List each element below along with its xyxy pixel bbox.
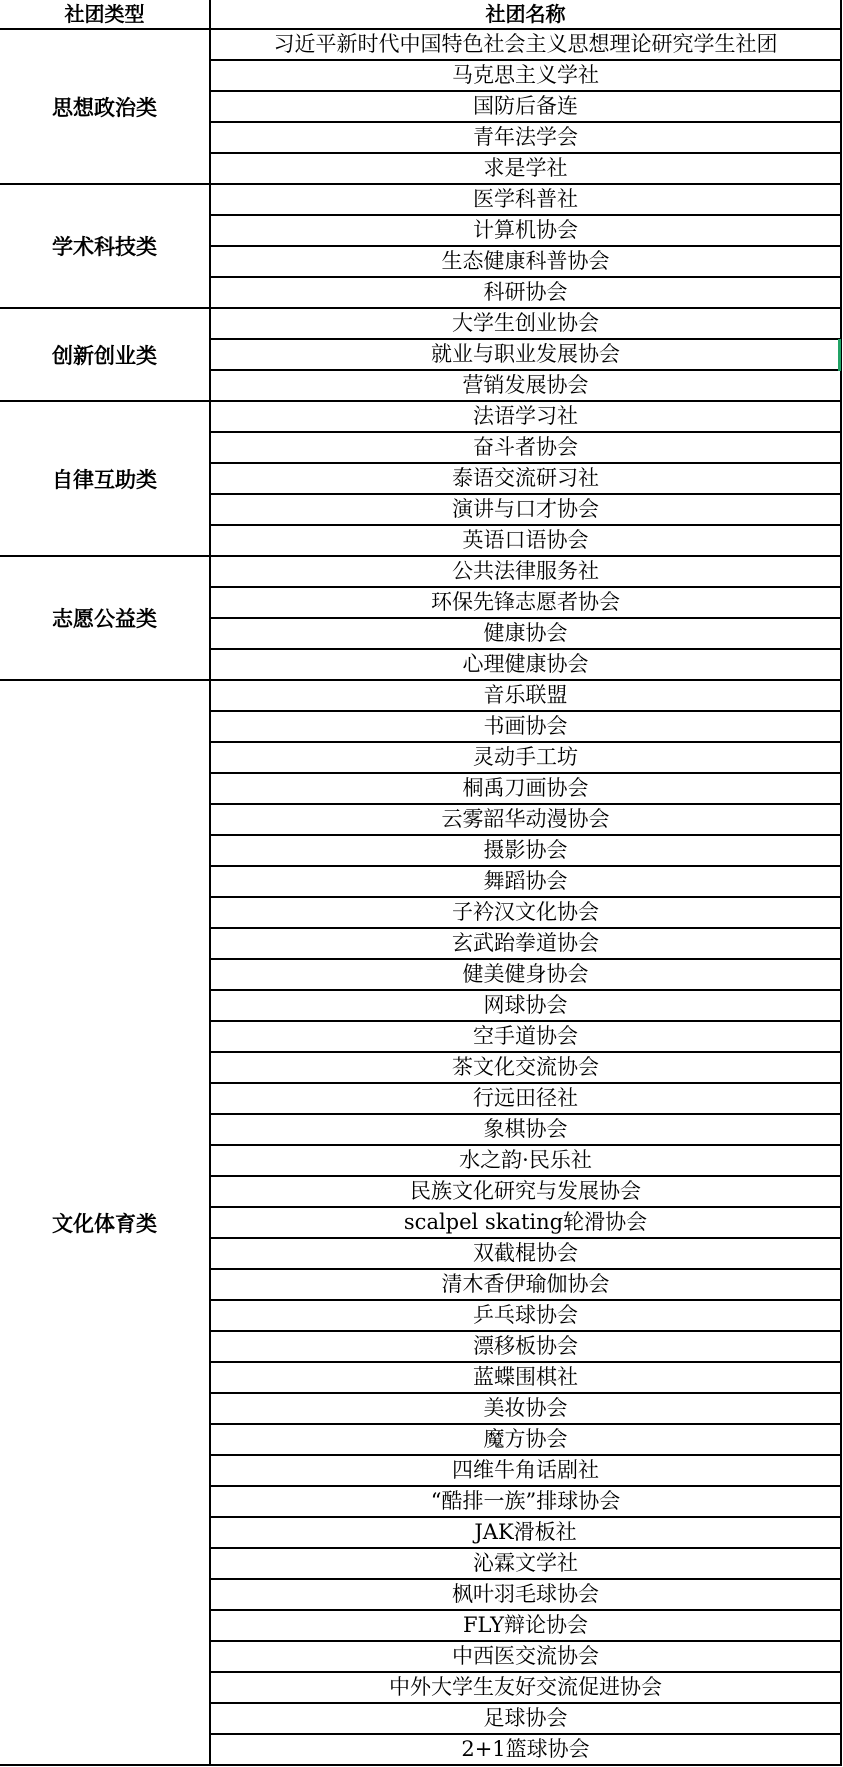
table-body: 思想政治类习近平新时代中国特色社会主义思想理论研究学生社团马克思主义学社国防后备…: [0, 29, 841, 1765]
club-name-cell[interactable]: 演讲与口才协会: [210, 494, 841, 525]
category-cell[interactable]: 创新创业类: [0, 308, 210, 401]
club-name-cell[interactable]: 求是学社: [210, 153, 841, 184]
club-name-cell[interactable]: 就业与职业发展协会: [210, 339, 841, 370]
club-name-cell[interactable]: 中外大学生友好交流促进协会: [210, 1672, 841, 1703]
club-name-cell[interactable]: scalpel skating轮滑协会: [210, 1207, 841, 1238]
club-name-cell[interactable]: 习近平新时代中国特色社会主义思想理论研究学生社团: [210, 29, 841, 60]
club-name-cell[interactable]: 民族文化研究与发展协会: [210, 1176, 841, 1207]
header-club-type[interactable]: 社团类型: [0, 0, 210, 29]
club-name-cell[interactable]: 玄武跆拳道协会: [210, 928, 841, 959]
club-name-cell[interactable]: 泰语交流研习社: [210, 463, 841, 494]
table-row: 学术科技类医学科普社: [0, 184, 841, 215]
club-name-cell[interactable]: 茶文化交流协会: [210, 1052, 841, 1083]
club-name-cell[interactable]: 子衿汉文化协会: [210, 897, 841, 928]
club-name-cell[interactable]: 音乐联盟: [210, 680, 841, 711]
club-name-cell[interactable]: JAK滑板社: [210, 1517, 841, 1548]
header-club-name[interactable]: 社团名称: [210, 0, 841, 29]
club-name-cell[interactable]: 2+1篮球协会: [210, 1734, 841, 1765]
club-name-cell[interactable]: 水之韵·民乐社: [210, 1145, 841, 1176]
club-name-cell[interactable]: 漂移板协会: [210, 1331, 841, 1362]
club-name-cell[interactable]: 双截棍协会: [210, 1238, 841, 1269]
club-name-cell[interactable]: 生态健康科普协会: [210, 246, 841, 277]
club-name-cell[interactable]: 环保先锋志愿者协会: [210, 587, 841, 618]
club-name-cell[interactable]: 青年法学会: [210, 122, 841, 153]
club-name-cell[interactable]: 马克思主义学社: [210, 60, 841, 91]
club-name-cell[interactable]: 中西医交流协会: [210, 1641, 841, 1672]
club-name-cell[interactable]: 健美健身协会: [210, 959, 841, 990]
club-name-cell[interactable]: 网球协会: [210, 990, 841, 1021]
category-cell[interactable]: 文化体育类: [0, 680, 210, 1765]
club-name-cell[interactable]: 科研协会: [210, 277, 841, 308]
club-name-cell[interactable]: 公共法律服务社: [210, 556, 841, 587]
club-name-cell[interactable]: 书画协会: [210, 711, 841, 742]
table-row: 思想政治类习近平新时代中国特色社会主义思想理论研究学生社团: [0, 29, 841, 60]
club-name-cell[interactable]: 摄影协会: [210, 835, 841, 866]
club-name-cell[interactable]: 清木香伊瑜伽协会: [210, 1269, 841, 1300]
category-cell[interactable]: 学术科技类: [0, 184, 210, 308]
club-name-cell[interactable]: 足球协会: [210, 1703, 841, 1734]
club-name-cell[interactable]: 大学生创业协会: [210, 308, 841, 339]
club-name-cell[interactable]: 美妆协会: [210, 1393, 841, 1424]
club-name-cell[interactable]: 灵动手工坊: [210, 742, 841, 773]
club-name-cell[interactable]: 国防后备连: [210, 91, 841, 122]
club-name-cell[interactable]: 奋斗者协会: [210, 432, 841, 463]
cell-selection-marker: [838, 339, 841, 371]
table-row: 创新创业类大学生创业协会: [0, 308, 841, 339]
club-name-cell[interactable]: “酷排一族”排球协会: [210, 1486, 841, 1517]
club-name-cell[interactable]: 枫叶羽毛球协会: [210, 1579, 841, 1610]
club-name-cell[interactable]: 舞蹈协会: [210, 866, 841, 897]
club-name-cell[interactable]: 魔方协会: [210, 1424, 841, 1455]
club-name-cell[interactable]: 心理健康协会: [210, 649, 841, 680]
club-name-cell[interactable]: 桐禹刀画协会: [210, 773, 841, 804]
table-row: 自律互助类法语学习社: [0, 401, 841, 432]
club-name-cell[interactable]: 计算机协会: [210, 215, 841, 246]
table-row: 志愿公益类公共法律服务社: [0, 556, 841, 587]
club-name-cell[interactable]: 象棋协会: [210, 1114, 841, 1145]
header-row: 社团类型 社团名称: [0, 0, 841, 29]
club-name-cell[interactable]: 云雾韶华动漫协会: [210, 804, 841, 835]
table-row: 文化体育类音乐联盟: [0, 680, 841, 711]
category-cell[interactable]: 自律互助类: [0, 401, 210, 556]
club-name-cell[interactable]: 空手道协会: [210, 1021, 841, 1052]
club-name-cell[interactable]: 行远田径社: [210, 1083, 841, 1114]
club-name-cell[interactable]: 健康协会: [210, 618, 841, 649]
club-name-cell[interactable]: 乒乓球协会: [210, 1300, 841, 1331]
club-name-cell[interactable]: 英语口语协会: [210, 525, 841, 556]
club-name-cell[interactable]: FLY辩论协会: [210, 1610, 841, 1641]
club-name-cell[interactable]: 营销发展协会: [210, 370, 841, 401]
club-name-cell[interactable]: 蓝蝶围棋社: [210, 1362, 841, 1393]
club-name-cell[interactable]: 沁霖文学社: [210, 1548, 841, 1579]
club-name-cell[interactable]: 法语学习社: [210, 401, 841, 432]
category-cell[interactable]: 志愿公益类: [0, 556, 210, 680]
club-name-cell[interactable]: 四维牛角话剧社: [210, 1455, 841, 1486]
club-name-cell[interactable]: 医学科普社: [210, 184, 841, 215]
clubs-table: 社团类型 社团名称 思想政治类习近平新时代中国特色社会主义思想理论研究学生社团马…: [0, 0, 842, 1766]
category-cell[interactable]: 思想政治类: [0, 29, 210, 184]
